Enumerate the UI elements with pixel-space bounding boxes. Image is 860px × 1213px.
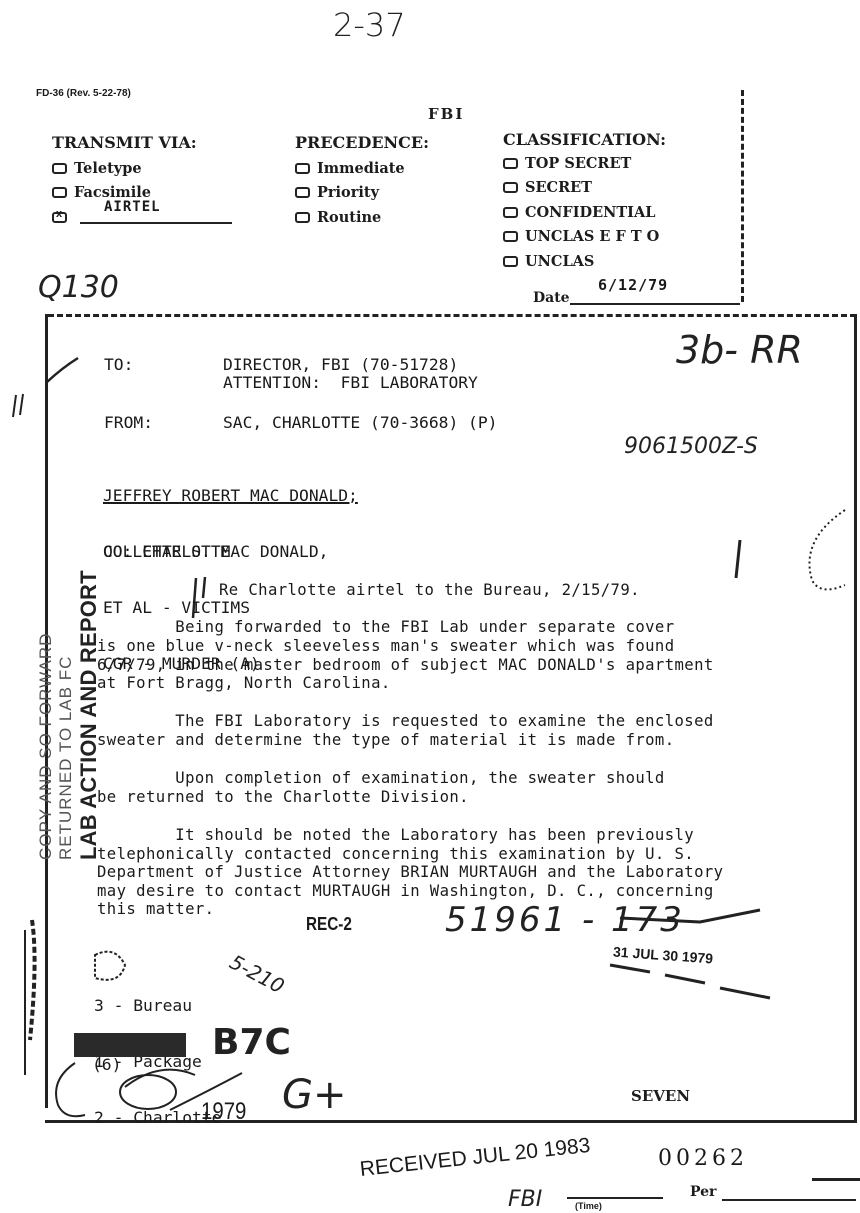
- time-label: (Time): [575, 1201, 602, 1211]
- per-line: [722, 1199, 856, 1201]
- subject-line: JEFFREY ROBERT MAC DONALD;: [103, 487, 358, 506]
- handwritten-serial-number: 51961 - 173: [445, 900, 685, 940]
- redaction-code: (6): [92, 1056, 121, 1075]
- from-label: FROM:: [104, 414, 153, 433]
- copy-forward-stamp: COPY AND SO FORWARD: [36, 633, 56, 860]
- handwritten-b7c: B7C: [212, 1022, 291, 1063]
- document-number: 00262: [658, 1146, 748, 1171]
- time-line: [567, 1197, 663, 1199]
- handwritten-initials: G+: [282, 1072, 347, 1118]
- handwritten-file-number: 9061500Z-S: [624, 434, 758, 459]
- distribution-item: 3 - Bureau: [94, 997, 221, 1016]
- handwritten-file-class: 3b- RR: [676, 328, 803, 372]
- handwritten-fbi: FBI: [508, 1187, 542, 1212]
- from-value: SAC, CHARLOTTE (70-3668) (P): [223, 414, 497, 433]
- per-label: Per: [690, 1184, 716, 1200]
- corner-line: [812, 1178, 860, 1181]
- reference-line: Re Charlotte airtel to the Bureau, 2/15/…: [219, 581, 640, 599]
- stamp-year: 1979: [201, 1098, 246, 1126]
- redaction-block: [74, 1033, 186, 1057]
- body-paragraph-2: The FBI Laboratory is requested to exami…: [97, 712, 714, 750]
- body-paragraph-1: Being forwarded to the FBI Lab under sep…: [97, 618, 714, 693]
- to-value: DIRECTOR, FBI (70-51728): [223, 356, 458, 375]
- subject-line: ET AL - VICTIMS: [103, 599, 358, 618]
- body-paragraph-3: Upon completion of examination, the swea…: [97, 769, 665, 807]
- seven-stamp: SEVEN: [631, 1087, 690, 1105]
- lab-action-report-stamp: LAB ACTION AND REPORT: [76, 570, 102, 860]
- rec-stamp: REC-2: [306, 914, 352, 935]
- office-of-origin: OO: CHARLOTTE: [103, 543, 230, 562]
- attention-line: ATTENTION: FBI LABORATORY: [223, 374, 478, 393]
- to-label: TO:: [104, 356, 133, 375]
- returned-to-lab-stamp: RETURNED TO LAB FC: [56, 656, 76, 860]
